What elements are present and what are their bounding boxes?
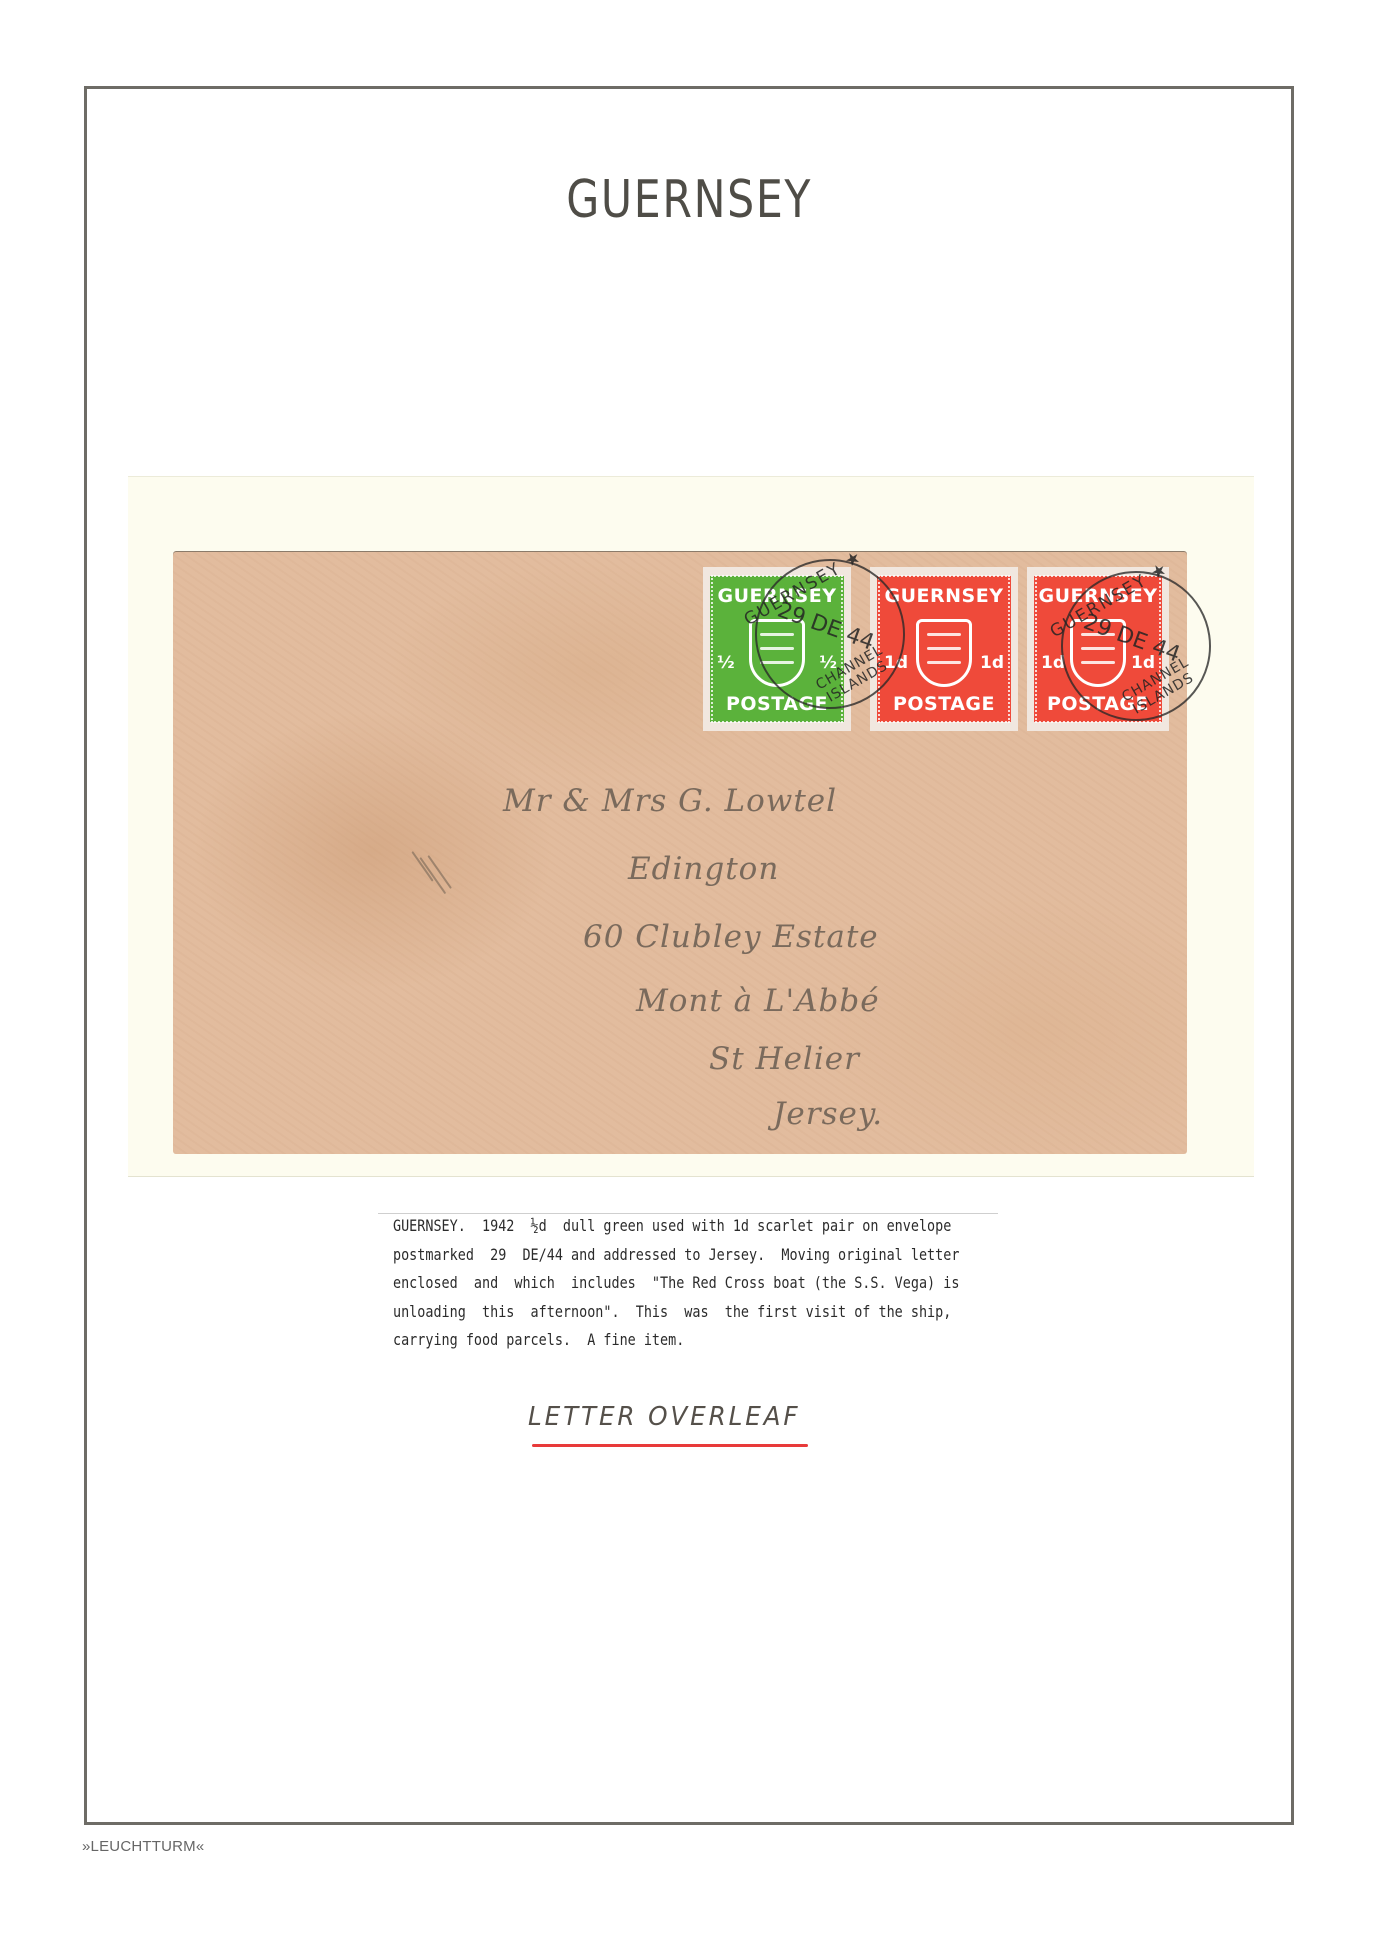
caption-line: unloading this afternoon". This was the … xyxy=(393,1298,907,1327)
caption-line: postmarked 29 DE/44 and addressed to Jer… xyxy=(393,1241,907,1270)
description-caption: GUERNSEY. 1942 ½d dull green used with 1… xyxy=(393,1212,907,1355)
pencil-marks xyxy=(413,851,463,901)
stamp-value: ½ xyxy=(717,653,735,673)
caption-line: enclosed and which includes "The Red Cro… xyxy=(393,1269,907,1298)
brand-imprint: »LEUCHTTURM« xyxy=(82,1838,204,1855)
address-line: 60 Clubley Estate xyxy=(583,919,879,955)
caption-line: carrying food parcels. A fine item. xyxy=(393,1326,907,1355)
note-underline xyxy=(532,1444,808,1447)
stamp-bottom-label: POSTAGE xyxy=(870,693,1018,715)
address-line: Mont à L'Abbé xyxy=(636,983,880,1019)
handwritten-note: LETTER OVERLEAF xyxy=(528,1402,801,1432)
coat-of-arms-icon xyxy=(916,619,972,687)
stamp-value: 1d xyxy=(980,653,1004,673)
envelope-cover: GUERNSEY ½ ½ POSTAGE GUERNSEY 1d 1d POST… xyxy=(173,551,1187,1154)
page-title: GUERNSEY xyxy=(124,170,1254,230)
address-line: St Helier xyxy=(709,1041,860,1077)
caption-line: GUERNSEY. 1942 ½d dull green used with 1… xyxy=(393,1212,907,1241)
address-line: Edington xyxy=(628,851,779,887)
address-line: Jersey. xyxy=(773,1096,883,1132)
address-line: Mr & Mrs G. Lowtel xyxy=(503,783,837,819)
